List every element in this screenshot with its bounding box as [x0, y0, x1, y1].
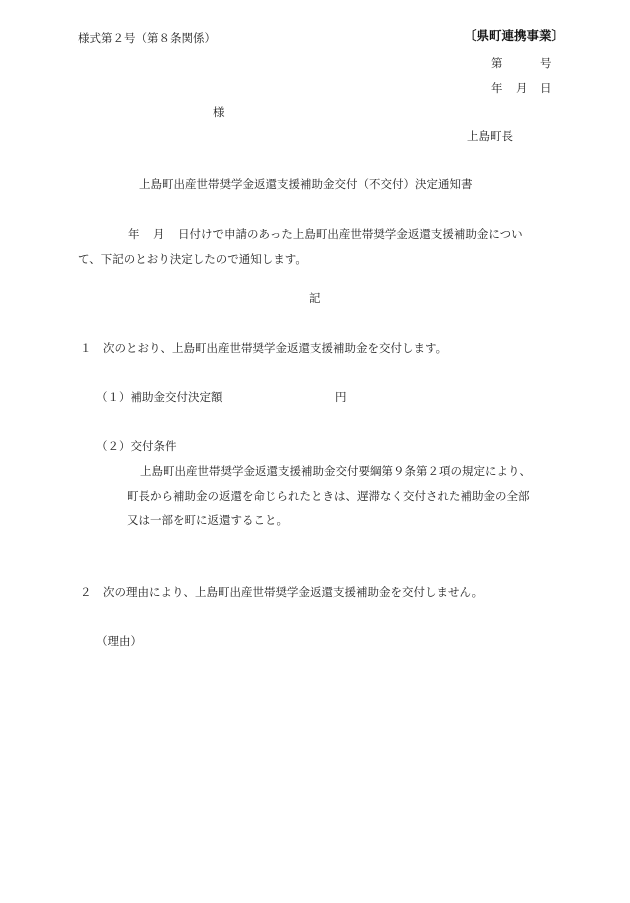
addressee-suffix: 様 [213, 107, 225, 119]
intro-year: 年 [128, 229, 140, 241]
document-title: 上島町出産世帯奨学金返還支援補助金交付（不交付）決定通知書 [139, 179, 473, 191]
issuer: 上島町長 [467, 131, 513, 143]
section1-text: 次のとおり、上島町出産世帯奨学金返還支援補助金を交付します。 [103, 343, 447, 355]
reason-label: （理由） [96, 636, 142, 648]
date-month: 月 [516, 83, 528, 95]
item2-label: （２）交付条件 [96, 441, 177, 453]
item1-unit: 円 [335, 392, 347, 404]
form-number: 様式第２号（第８条関係） [78, 33, 216, 45]
section1-number: １ [80, 343, 92, 355]
category-label: 〔県町連携事業〕 [464, 30, 564, 43]
section2-text: 次の理由により、上島町出産世帯奨学金返還支援補助金を交付しません。 [103, 587, 483, 599]
intro-line1: 日付けで申請のあった上島町出産世帯奨学金返還支援補助金につい [178, 229, 523, 241]
item2-line: 又は一部を町に返還すること。 [127, 515, 288, 527]
item1-label: （１）補助金交付決定額 [96, 392, 223, 404]
doc-number-prefix: 第 [491, 58, 503, 70]
intro-line2: て、下記のとおり決定したので通知します。 [78, 254, 307, 266]
date-year: 年 [491, 83, 503, 95]
intro-month: 月 [153, 229, 165, 241]
item2-line: 上島町出産世帯奨学金返還支援補助金交付要綱第９条第２項の規定により、 [140, 466, 531, 478]
item2-line: 町長から補助金の返還を命じられたときは、遅滞なく交付された補助金の全部 [127, 491, 530, 503]
section2-number: ２ [80, 587, 92, 599]
date-day: 日 [540, 83, 552, 95]
doc-number-suffix: 号 [540, 58, 552, 70]
ki-heading: 記 [309, 293, 321, 305]
